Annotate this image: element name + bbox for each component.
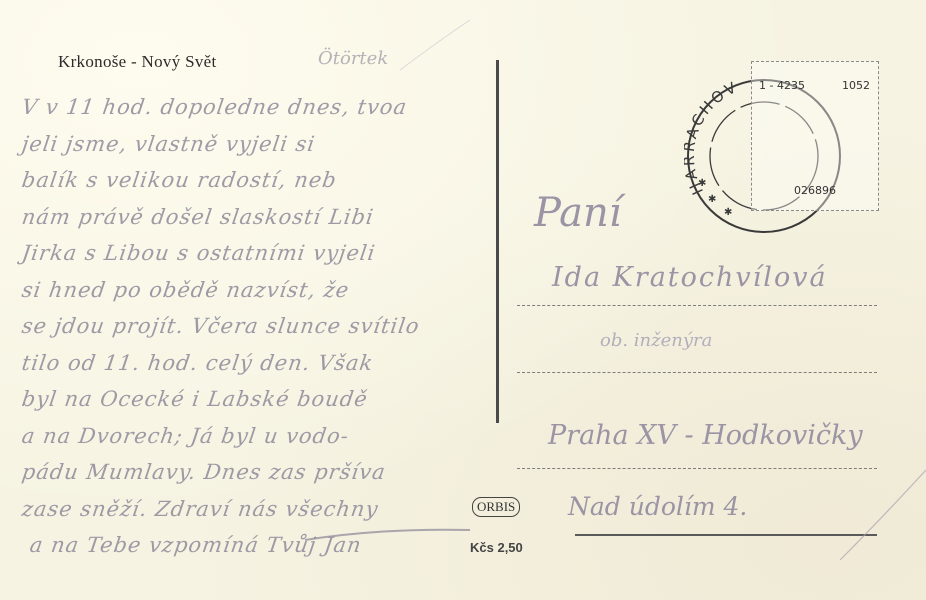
- address-street: Nad údolím 4.: [568, 492, 747, 521]
- stamp-code-left: 1 - 4235: [759, 79, 805, 92]
- address-city: Praha XV - Hodkovičky: [548, 420, 863, 451]
- address-rule-4: [575, 534, 877, 536]
- address-name: Ida Kratochvílová: [552, 262, 828, 293]
- postcard-title: Krkonoše - Nový Svět: [58, 52, 217, 72]
- message-line: pádu Mumlavy. Dnes zas pršíva: [20, 460, 387, 484]
- stamp-box: 1 - 4235 1052 026896: [751, 61, 879, 211]
- stamp-code-right: 1052: [842, 79, 870, 92]
- stamp-serial: 026896: [752, 184, 878, 197]
- message-line: tilo od 11. hod. celý den. Však: [20, 351, 375, 375]
- message-line: se jdou projít. Včera slunce svítilo: [20, 314, 421, 338]
- svg-text:✱: ✱: [708, 194, 716, 205]
- address-salutation: Paní: [534, 190, 622, 236]
- address-rule-1: [517, 305, 877, 306]
- message-line: V v 11 hod. dopoledne dnes, tvoa: [20, 95, 408, 119]
- message-line: a na Dvorech; Já byl u vodo-: [20, 424, 350, 448]
- message-line: a na Tebe vzpomíná Tvůj Jan: [28, 533, 363, 557]
- message-line: zase sněží. Zdraví nás všechny: [20, 497, 380, 521]
- address-line2: ob. inženýra: [600, 330, 712, 351]
- svg-text:✱: ✱: [698, 178, 706, 189]
- publisher-logo: ORBIS: [472, 497, 520, 517]
- handwritten-day-note: Ötörtek: [318, 48, 388, 69]
- center-divider: [496, 60, 499, 423]
- postcard-back: Krkonoše - Nový Svět Ötörtek V v 11 hod.…: [0, 0, 926, 600]
- message-line: byl na Ocecké i Labské boudě: [20, 387, 369, 411]
- message-line: jeli jsme, vlastně vyjeli si: [20, 132, 317, 156]
- address-rule-3: [517, 468, 877, 469]
- price-label: Kčs 2,50: [470, 540, 523, 555]
- message-line: Jirka s Libou s ostatními vyjeli: [20, 241, 377, 265]
- address-rule-2: [517, 372, 877, 373]
- message-line: si hned po obědě nazvíst, že: [20, 278, 351, 302]
- svg-text:✱: ✱: [724, 207, 732, 218]
- message-line: balík s velikou radostí, neb: [20, 168, 338, 192]
- message-line: nám právě došel slaskostí Libi: [20, 205, 375, 229]
